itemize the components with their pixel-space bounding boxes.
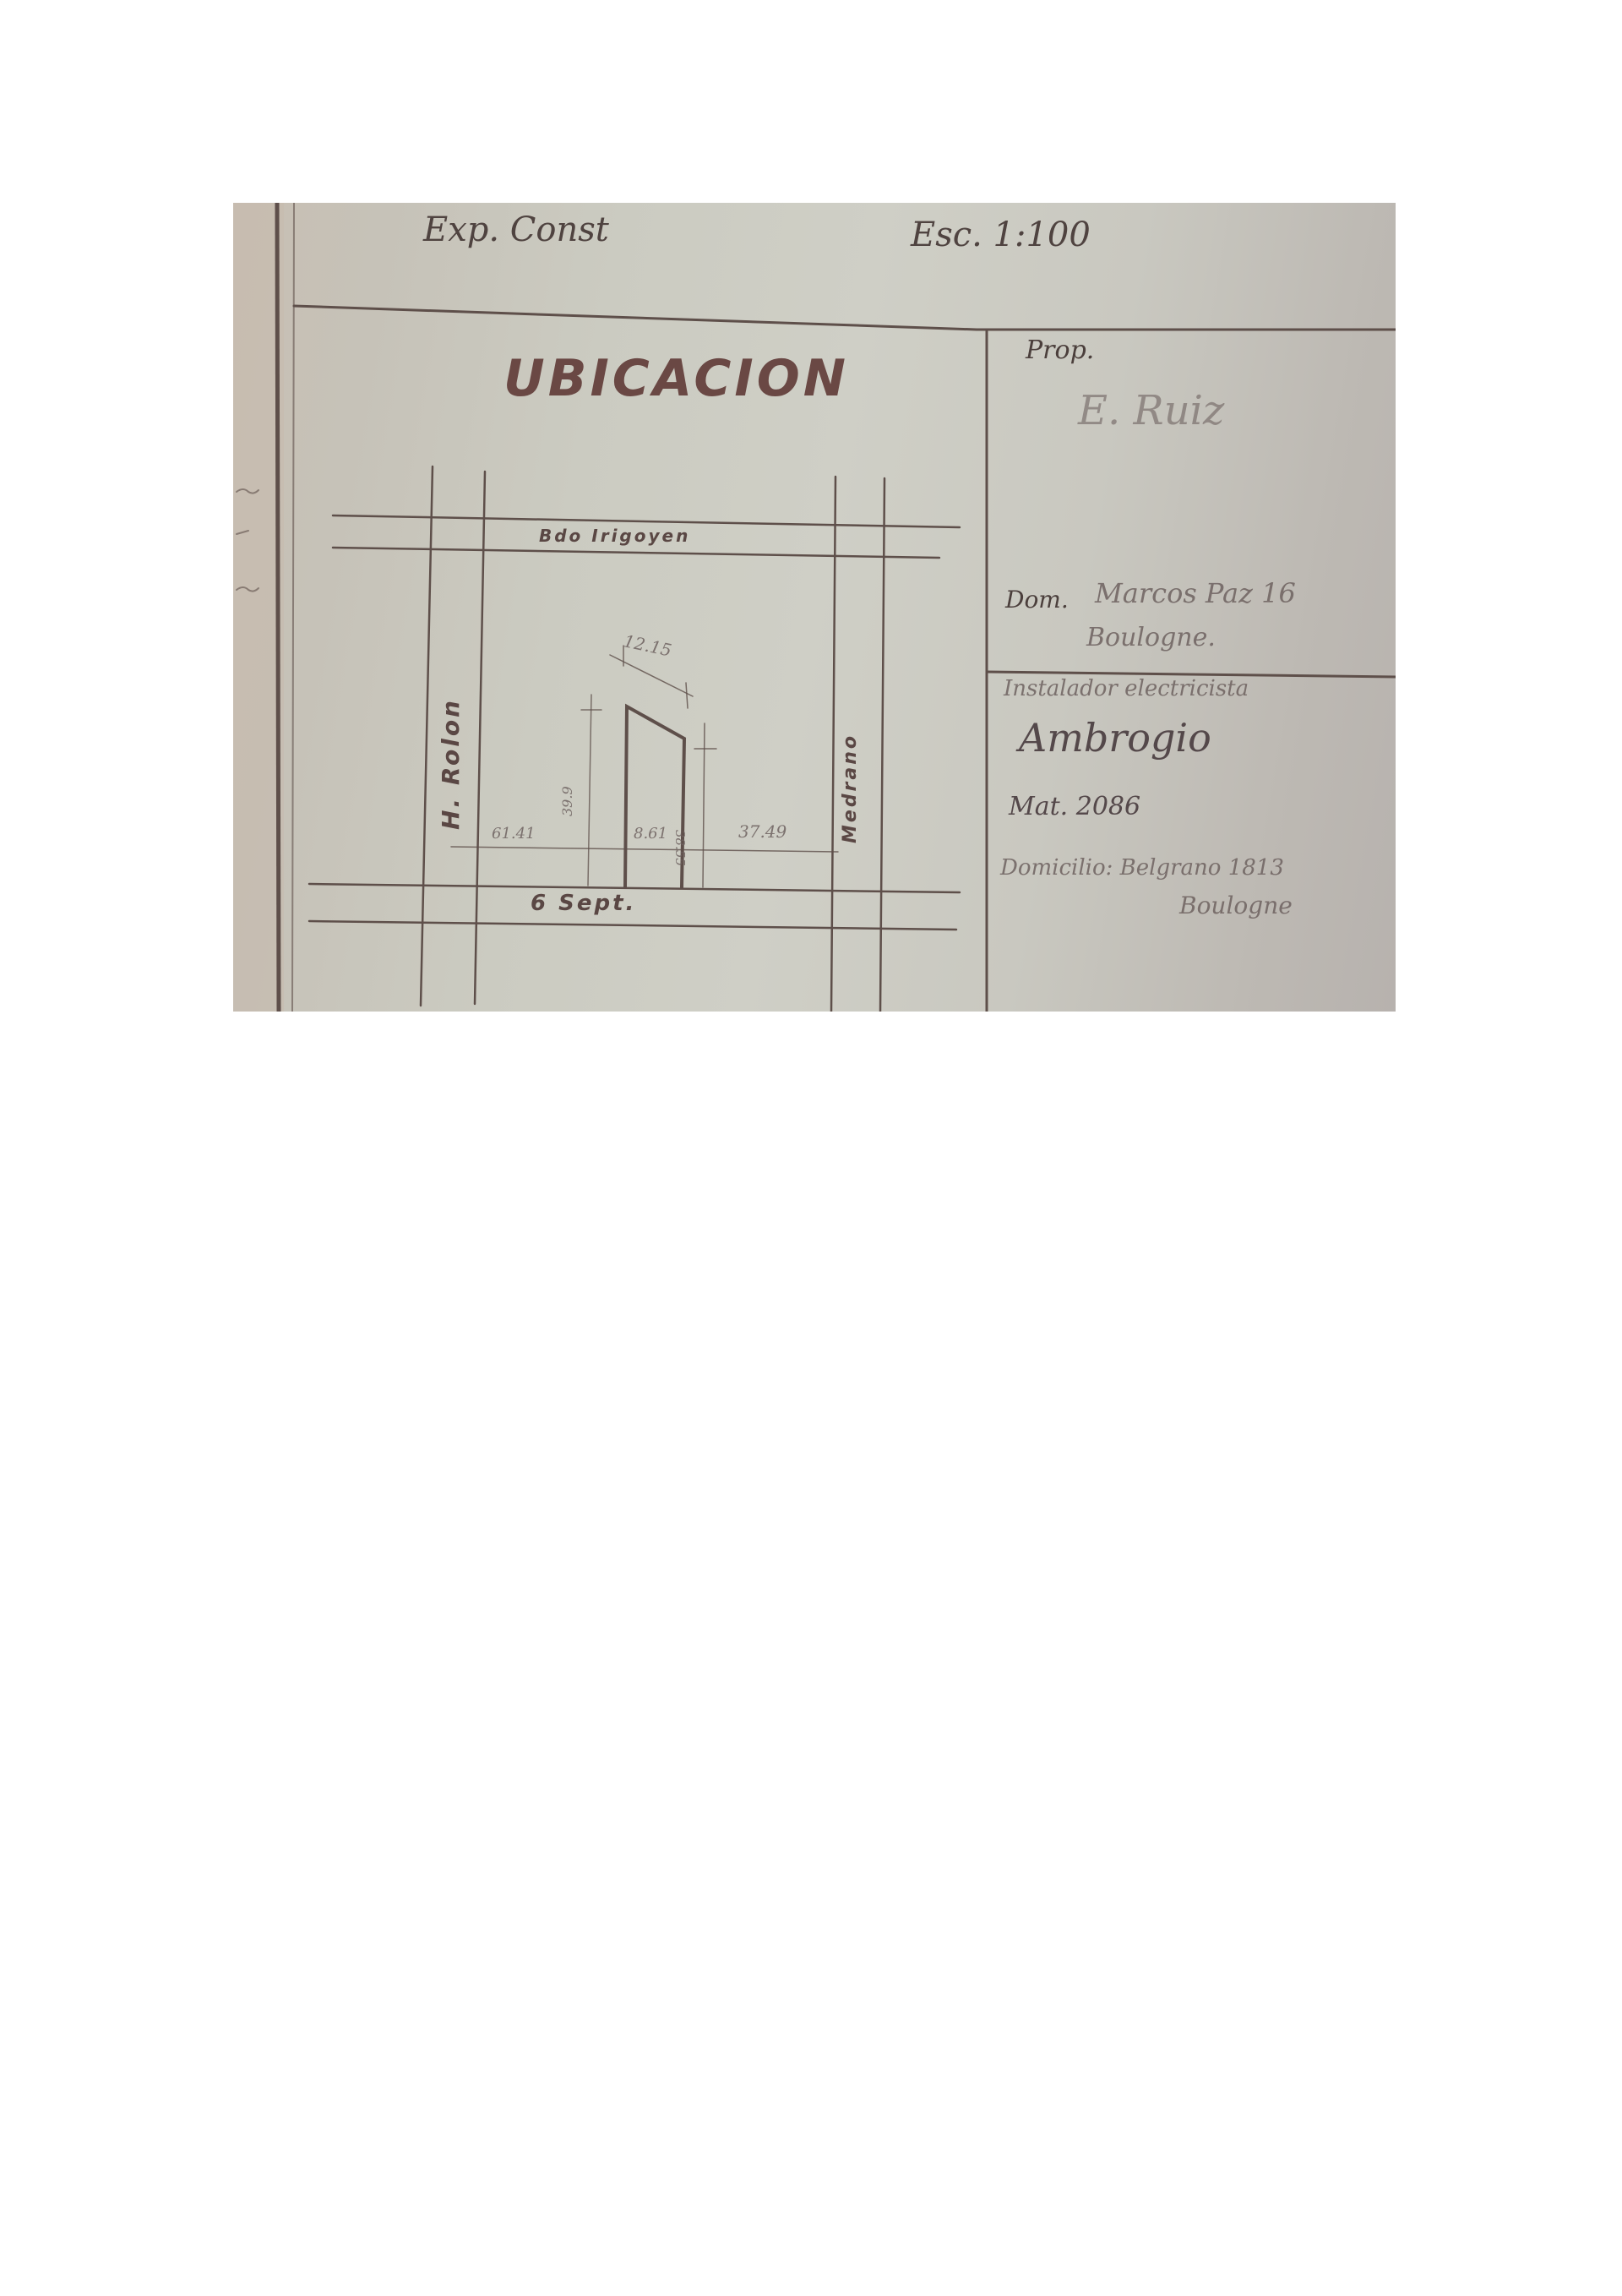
street-north-label: Bdo Irigoyen <box>539 527 690 544</box>
professional-address: Domicilio: Belgrano 1813 <box>1000 857 1284 879</box>
owner-signature: E. Ruiz <box>1078 390 1224 431</box>
owner-label: Prop. <box>1026 338 1094 363</box>
expediente-label: Exp. Const <box>423 213 609 247</box>
professional-label: Instalador electricista <box>1004 678 1249 700</box>
professional-signature: Ambrogio <box>1019 718 1211 757</box>
address-city: Boulogne. <box>1086 625 1216 651</box>
professional-license: Mat. 2086 <box>1009 794 1140 820</box>
professional-city: Boulogne <box>1179 894 1293 918</box>
street-west-label: H. Rolon <box>439 698 463 830</box>
dimension-lot-front: 8.61 <box>634 826 667 842</box>
address-label: Dom. <box>1005 588 1069 612</box>
dimension-right-distance: 37.49 <box>738 823 787 840</box>
dimension-left-depth: 39.9 <box>561 786 574 816</box>
street-south-label: 6 Sept. <box>531 892 636 914</box>
street-east-label: Medrano <box>841 734 860 843</box>
dimension-right-depth: 38.55 <box>673 830 686 866</box>
scale-label: Esc. 1:100 <box>911 218 1091 252</box>
location-title: UBICACION <box>503 353 849 404</box>
dimension-left-distance: 61.41 <box>492 826 536 842</box>
address-value: Marcos Paz 16 <box>1095 580 1296 607</box>
scanned-plan-photo: Exp. Const Esc. 1:100 UBICACION Bdo Irig… <box>233 203 1396 1012</box>
